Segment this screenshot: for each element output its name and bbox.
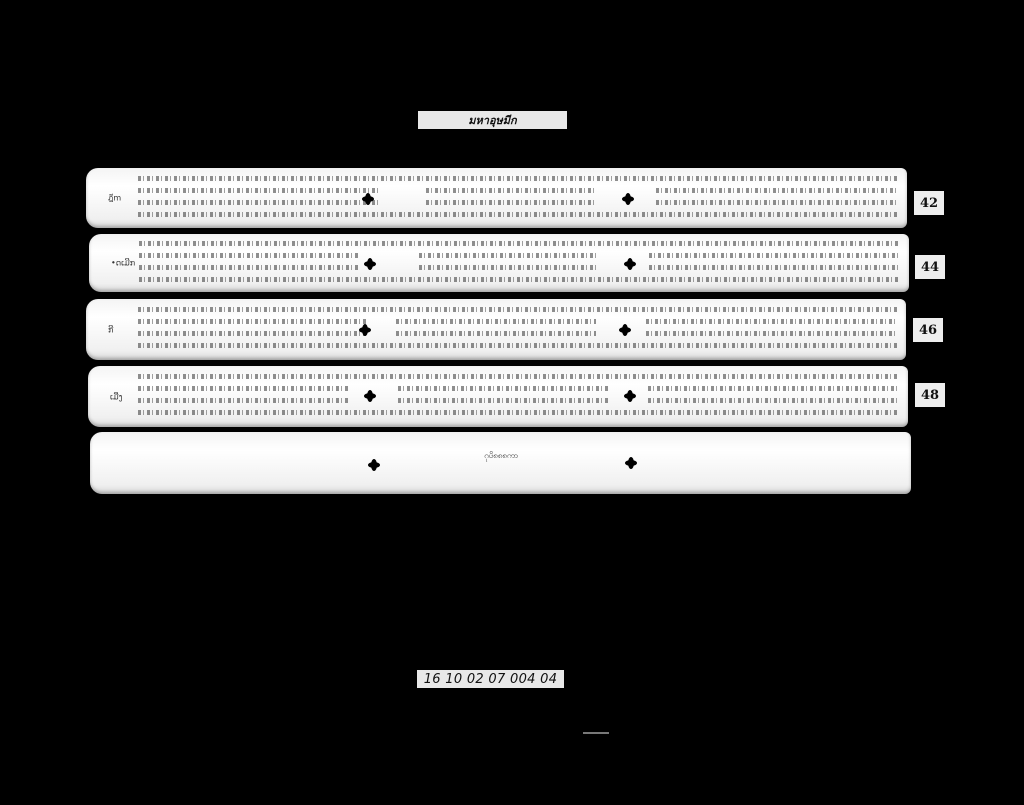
text-line [648,386,898,391]
text-line [138,307,898,312]
text-line [426,188,596,193]
binding-hole [622,196,634,202]
cover-title-text: ဂုၒိ၈၈၈ကာ [484,450,518,462]
text-line [656,188,896,193]
page-number-label: 46 [913,318,943,342]
binding-hole [359,327,371,333]
text-line [648,398,898,403]
text-line [138,331,368,336]
palm-leaf-cover: ဂုၒိ၈၈၈ကာ [90,432,911,494]
text-line [138,386,348,391]
palm-leaf-2: •ດເມີກ [89,234,909,292]
text-line [419,265,599,270]
binding-hole [364,261,376,267]
text-line [138,398,348,403]
palm-leaf-1: ฎีm [86,168,907,228]
binding-hole [368,462,380,468]
text-line [139,253,359,258]
text-line [646,319,896,324]
text-line [398,386,608,391]
page-number-label: 42 [914,191,944,215]
text-line [139,241,899,246]
text-line [139,265,359,270]
text-line [138,319,368,324]
leaf-margin-mark: ກີ [108,325,113,334]
page-number-label: 48 [915,383,945,407]
text-line [138,188,378,193]
manuscript-title-label: มหาอุษมีก [418,111,567,129]
text-line [398,398,608,403]
page-number-label: 44 [915,255,945,279]
text-line [646,331,896,336]
binding-hole [619,327,631,333]
text-line [138,212,898,217]
binding-hole [625,460,637,466]
binding-hole [624,261,636,267]
text-line [419,253,599,258]
text-line [139,277,899,282]
binding-hole [364,393,376,399]
catalog-number-label: 16 10 02 07 004 04 [417,670,564,688]
text-line [396,319,596,324]
binding-hole [362,196,374,202]
leaf-margin-mark: •ດເມີກ [111,259,135,268]
text-line [656,200,896,205]
text-line [138,176,898,181]
text-line [426,200,596,205]
text-line [396,331,596,336]
palm-leaf-3: ກີ [86,299,906,360]
scan-artifact [583,732,609,734]
text-line [138,374,898,379]
leaf-margin-mark: ฎีm [108,192,121,205]
palm-leaf-4: ເມີ່ງ [88,366,908,427]
text-line [138,410,898,415]
text-line [138,343,898,348]
text-line [138,200,378,205]
leaf-margin-mark: ເມີ່ງ [110,392,122,401]
text-line [649,265,899,270]
binding-hole [624,393,636,399]
text-line [649,253,899,258]
